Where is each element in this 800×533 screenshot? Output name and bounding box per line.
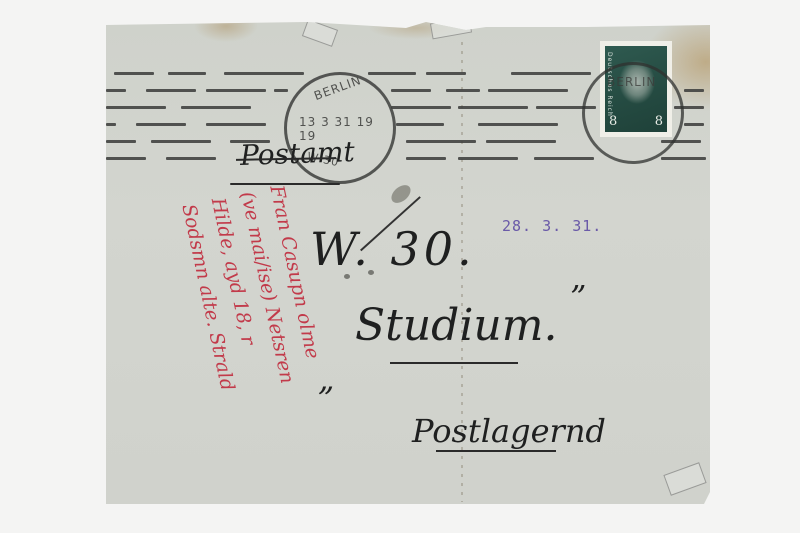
address-instruction: Postlagernd (412, 412, 606, 450)
address-recipient: Studium. (355, 300, 557, 351)
postmark-city: BERLIN (312, 73, 363, 103)
crossed-out-postamt: Postamt (239, 135, 355, 172)
instruction-underline (436, 450, 556, 452)
closing-quote-mark: ” (570, 278, 586, 316)
recipient-underline (390, 362, 518, 364)
address-district: W. 30. (310, 222, 476, 276)
stamp-postmark-city: BERLIN (607, 75, 656, 89)
stamp-cancellation-circle: BERLIN (582, 62, 684, 164)
paper-tear (663, 462, 706, 496)
receipt-date-stamp: 28. 3. 31. (502, 217, 602, 235)
